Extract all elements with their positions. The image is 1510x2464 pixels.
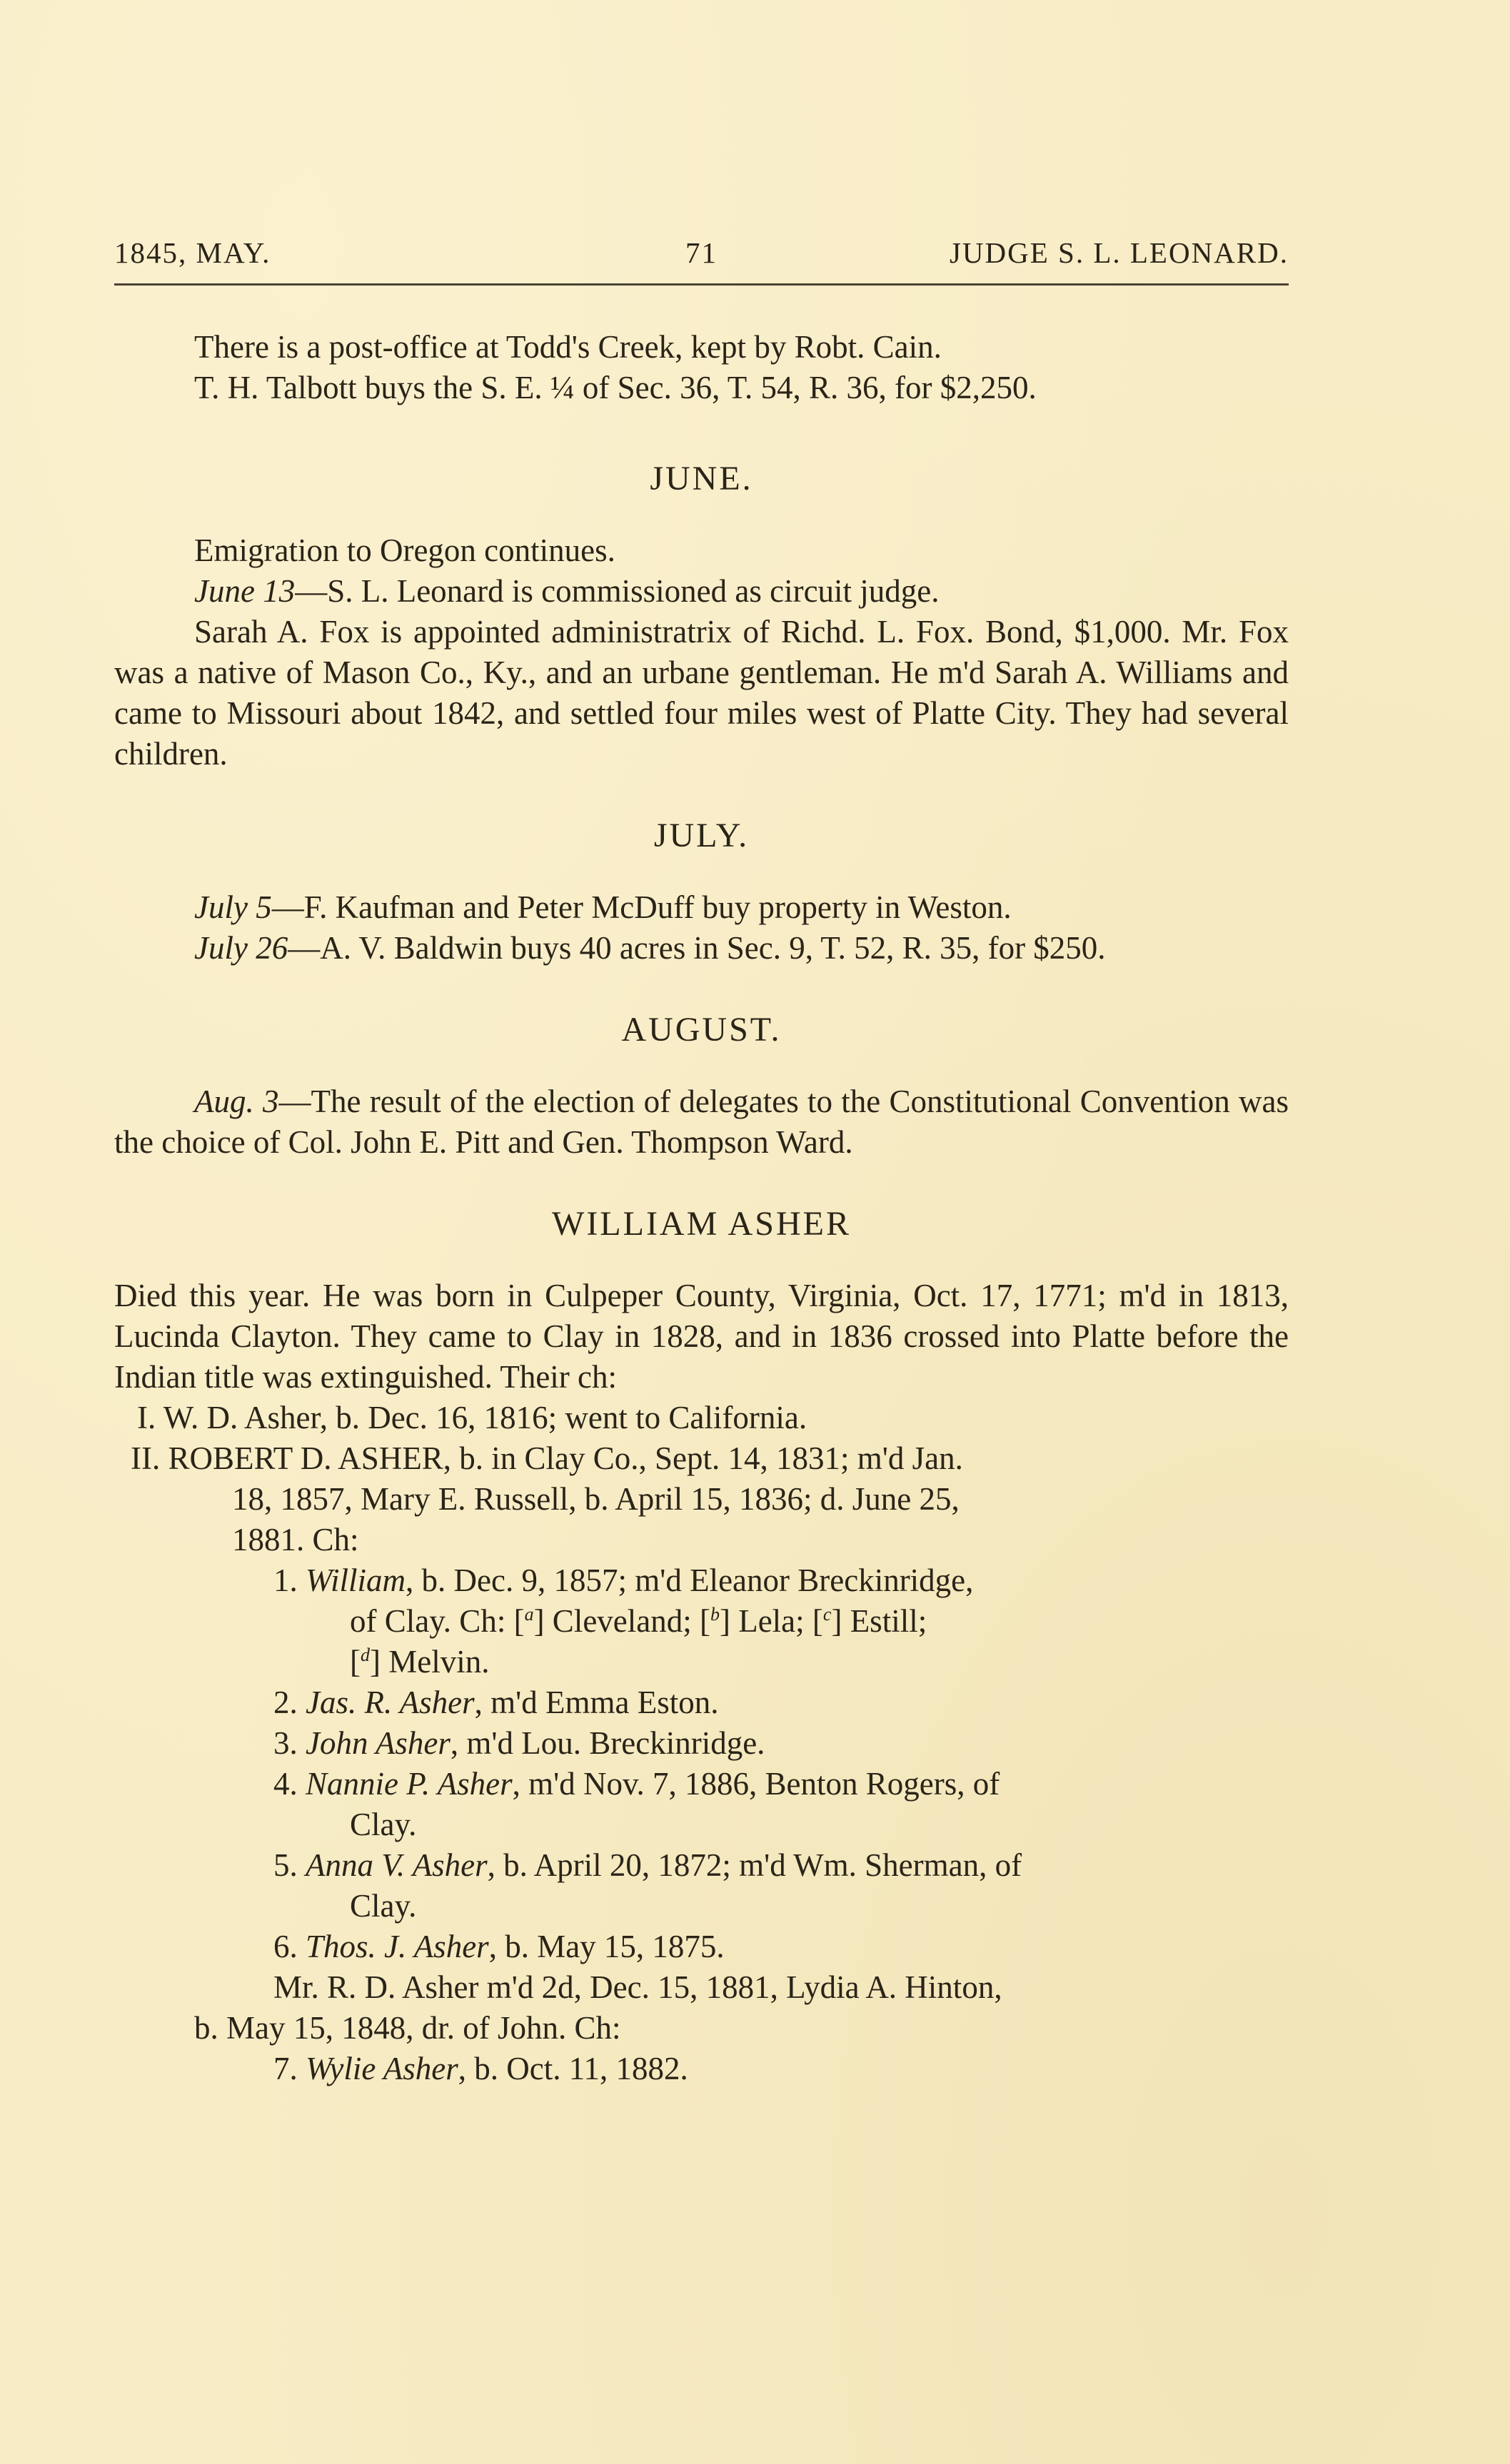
grandchild-entry-1-children-cont: [d] Melvin.	[114, 1642, 1289, 1682]
section-heading-william-asher: WILLIAM ASHER	[114, 1203, 1289, 1244]
footnote-letter: a	[525, 1604, 534, 1625]
grandchild-entry-4-cont: Clay.	[114, 1804, 1289, 1845]
footnote-letter: d	[361, 1645, 370, 1665]
entry-text: , m'd Lou. Breckinridge.	[451, 1725, 765, 1761]
person-name: William	[306, 1562, 406, 1598]
page-number: 71	[685, 233, 718, 273]
entry-text: ] Estill;	[831, 1603, 927, 1639]
running-head-title: JUDGE S. L. LEONARD.	[950, 233, 1289, 273]
date-july-5: July 5	[194, 889, 272, 925]
paragraph-emigration: Emigration to Oregon continues.	[114, 530, 1289, 571]
entry-text: , m'd Emma Eston.	[475, 1685, 719, 1720]
paragraph-sarah-fox: Sarah A. Fox is appointed administratrix…	[114, 612, 1289, 774]
item-number: 7.	[273, 2051, 298, 2086]
section-heading-july: JULY.	[114, 815, 1289, 856]
running-head-date: 1845, MAY.	[114, 233, 271, 273]
child-entry-2-line-3: 1881. Ch:	[114, 1520, 1289, 1560]
entry-text: , m'd Nov. 7, 1886, Benton Rogers, of	[513, 1766, 1000, 1802]
entry-text: , b. Oct. 11, 1882.	[458, 2051, 688, 2086]
body-text: There is a post-office at Todd's Creek, …	[114, 327, 1289, 2089]
grandchild-entry-5: 5. Anna V. Asher, b. April 20, 1872; m'd…	[114, 1845, 1289, 1886]
header-rule-divider	[114, 283, 1289, 286]
item-number: 2.	[273, 1685, 298, 1720]
child-entry-2-line-1: II. ROBERT D. ASHER, b. in Clay Co., Sep…	[114, 1438, 1289, 1479]
item-number: 1.	[273, 1562, 298, 1598]
grandchild-entry-4: 4. Nannie P. Asher, m'd Nov. 7, 1886, Be…	[114, 1764, 1289, 1804]
entry-text: W. D. Asher, b. Dec. 16, 1816; went to C…	[163, 1400, 807, 1435]
paragraph-post-office: There is a post-office at Todd's Creek, …	[114, 327, 1289, 368]
paragraph-asher-intro: Died this year. He was born in Culpeper …	[114, 1276, 1289, 1398]
paragraph-aug-3: Aug. 3—The result of the election of del…	[114, 1081, 1289, 1163]
genealogy-list: I. W. D. Asher, b. Dec. 16, 1816; went t…	[114, 1398, 1289, 2089]
footnote-letter: c	[823, 1604, 832, 1625]
running-head: 1845, MAY. 71 JUDGE S. L. LEONARD.	[114, 233, 1289, 273]
entry-text: [	[350, 1644, 361, 1680]
grandchild-entry-3: 3. John Asher, m'd Lou. Breckinridge.	[114, 1723, 1289, 1764]
entry-text: ROBERT D. ASHER, b. in Clay Co., Sept. 1…	[168, 1440, 962, 1476]
entry-text: —The result of the election of delegates…	[114, 1084, 1289, 1160]
person-name: Jas. R. Asher	[306, 1685, 475, 1720]
roman-numeral: II.	[131, 1440, 160, 1476]
roman-numeral: I.	[137, 1400, 156, 1435]
entry-text: ] Cleveland; [	[534, 1603, 710, 1639]
item-number: 3.	[273, 1725, 298, 1761]
grandchild-entry-1-children: of Clay. Ch: [a] Cleveland; [b] Lela; [c…	[114, 1601, 1289, 1642]
second-marriage-line-2: b. May 15, 1848, dr. of John. Ch:	[114, 2008, 1289, 2049]
entry-text: —A. V. Baldwin buys 40 acres in Sec. 9, …	[288, 930, 1105, 966]
date-aug-3: Aug. 3	[194, 1084, 279, 1119]
paragraph-july-5: July 5—F. Kaufman and Peter McDuff buy p…	[114, 887, 1289, 928]
entry-text: —S. L. Leonard is commissioned as circui…	[295, 573, 939, 609]
paragraph-july-26: July 26—A. V. Baldwin buys 40 acres in S…	[114, 928, 1289, 969]
paragraph-june-13: June 13—S. L. Leonard is commissioned as…	[114, 571, 1289, 612]
entry-text: of Clay. Ch: [	[350, 1603, 525, 1639]
entry-text: , b. May 15, 1875.	[489, 1929, 725, 1964]
item-number: 6.	[273, 1929, 298, 1964]
entry-text: —F. Kaufman and Peter McDuff buy propert…	[272, 889, 1012, 925]
item-number: 4.	[273, 1766, 298, 1802]
entry-text: , b. Dec. 9, 1857; m'd Eleanor Breckinri…	[406, 1562, 973, 1598]
entry-text: ] Melvin.	[370, 1644, 489, 1680]
date-june-13: June 13	[194, 573, 295, 609]
person-name: Thos. J. Asher	[306, 1929, 489, 1964]
entry-text: , b. April 20, 1872; m'd Wm. Sherman, of	[488, 1847, 1022, 1883]
item-number: 5.	[273, 1847, 298, 1883]
date-july-26: July 26	[194, 930, 288, 966]
grandchild-entry-6: 6. Thos. J. Asher, b. May 15, 1875.	[114, 1927, 1289, 1967]
child-entry-2-line-2: 18, 1857, Mary E. Russell, b. April 15, …	[114, 1479, 1289, 1520]
grandchild-entry-7: 7. Wylie Asher, b. Oct. 11, 1882.	[114, 2049, 1289, 2089]
second-marriage-line-1: Mr. R. D. Asher m'd 2d, Dec. 15, 1881, L…	[114, 1967, 1289, 2008]
paragraph-talbott: T. H. Talbott buys the S. E. ¼ of Sec. 3…	[114, 368, 1289, 408]
person-name: Anna V. Asher	[306, 1847, 488, 1883]
grandchild-entry-5-cont: Clay.	[114, 1886, 1289, 1927]
grandchild-entry-1: 1. William, b. Dec. 9, 1857; m'd Eleanor…	[114, 1560, 1289, 1601]
section-heading-june: JUNE.	[114, 458, 1289, 499]
footnote-letter: b	[710, 1604, 720, 1625]
child-entry-1: I. W. D. Asher, b. Dec. 16, 1816; went t…	[114, 1398, 1289, 1438]
entry-text: ] Lela; [	[720, 1603, 823, 1639]
grandchild-entry-2: 2. Jas. R. Asher, m'd Emma Eston.	[114, 1682, 1289, 1723]
person-name: Wylie Asher	[306, 2051, 458, 2086]
person-name: John Asher	[306, 1725, 451, 1761]
person-name: Nannie P. Asher	[306, 1766, 513, 1802]
section-heading-august: AUGUST.	[114, 1009, 1289, 1050]
